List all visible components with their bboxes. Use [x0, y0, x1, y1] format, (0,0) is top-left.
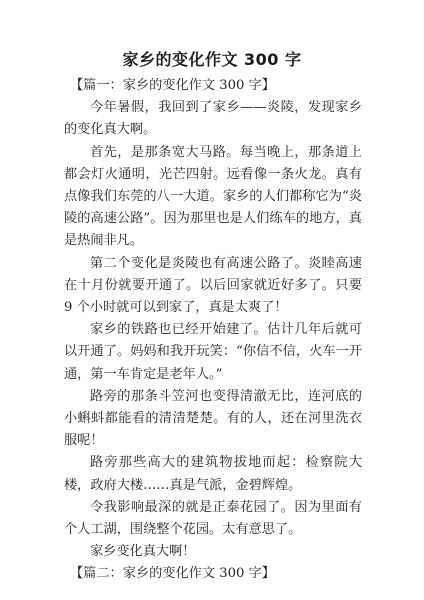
document-body: 【篇一：家乡的变化作文 300 字】 今年暑假，我回到了家乡——炎陵，发现家乡的… [64, 75, 362, 586]
paragraph: 家乡的铁路也已经开始建了。估计几年后就可以开通了。妈妈和我开玩笑：“你信不信，火… [64, 319, 362, 386]
paragraph: 首先，是那条宽大马路。每当晚上，那条道上都会灯火通明，光芒四射。远看像一条火龙。… [64, 142, 362, 253]
paragraph: 家乡变化真大啊！ [64, 541, 362, 563]
section-heading-1: 【篇一：家乡的变化作文 300 字】 [64, 75, 362, 97]
paragraph: 路旁那些高大的建筑物拔地而起：检察院大楼，政府大楼……真是气派，金碧辉煌。 [64, 452, 362, 496]
document-title: 家乡的变化作文 300 字 [0, 47, 424, 70]
document-page: 家乡的变化作文 300 字 【篇一：家乡的变化作文 300 字】 今年暑假，我回… [0, 0, 424, 600]
section-heading-2: 【篇二：家乡的变化作文 300 字】 [64, 563, 362, 585]
paragraph: 令我影响最深的就是正泰花园了。因为里面有个人工湖，围绕整个花园。太有意思了。 [64, 497, 362, 541]
paragraph: 第二个变化是炎陵也有高速公路了。炎睦高速在十月份就要开通了。以后回家就近好多了。… [64, 253, 362, 320]
paragraph: 今年暑假，我回到了家乡——炎陵，发现家乡的变化真大啊。 [64, 97, 362, 141]
paragraph: 路旁的那条斗笠河也变得清澈无比，连河底的小蝌蚪都能看的清清楚楚。有的人，还在河里… [64, 386, 362, 453]
